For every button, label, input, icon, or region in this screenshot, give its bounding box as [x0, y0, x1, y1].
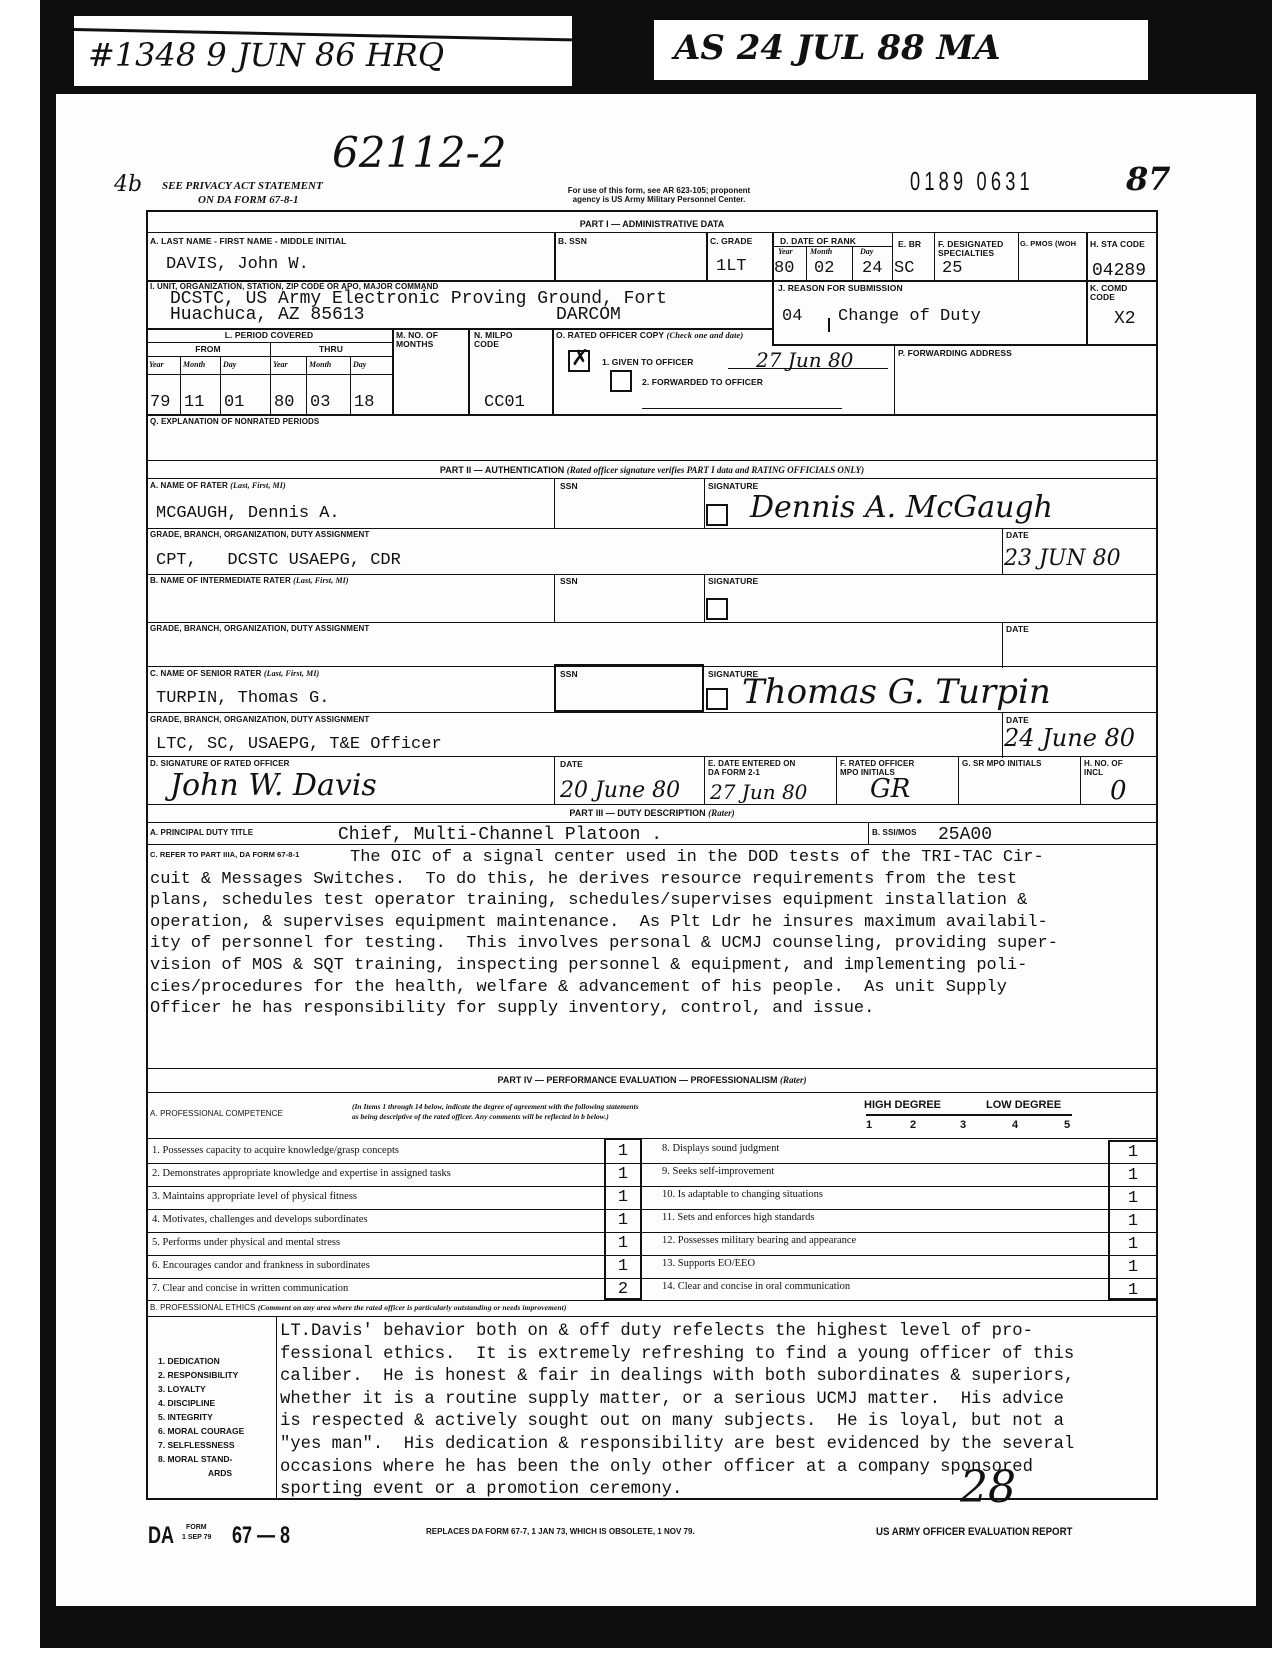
- high-degree-label: HIGH DEGREE: [864, 1099, 941, 1111]
- scale-arrow: [866, 1114, 1072, 1116]
- milpo-value[interactable]: CC01: [484, 394, 525, 411]
- intermediate-grade-label: GRADE, BRANCH, ORGANIZATION, DUTY ASSIGN…: [150, 625, 369, 633]
- competence-item-label: 11. Sets and enforces high standards: [662, 1212, 814, 1223]
- dor-day[interactable]: 24: [862, 260, 882, 277]
- name-value[interactable]: DAVIS, John W.: [166, 256, 309, 273]
- incl-value: 0: [1110, 776, 1127, 806]
- months-label: m. NO. OF MONTHS: [396, 331, 456, 350]
- ethics-list-item: 8. MORAL STAND-: [158, 1454, 232, 1464]
- reason-label: j. REASON FOR SUBMISSION: [778, 284, 903, 293]
- dor-month[interactable]: 02: [814, 260, 834, 277]
- low-degree-label: LOW DEGREE: [986, 1099, 1061, 1111]
- margin-note: 4b: [114, 172, 142, 197]
- duty-description-line: Officer he has responsibility for supply…: [150, 998, 874, 1020]
- rater-grade-label: GRADE, BRANCH, ORGANIZATION, DUTY ASSIGN…: [150, 531, 369, 539]
- unit-line2[interactable]: Huachuca, AZ 85613: [170, 306, 364, 324]
- milpo-label: n. MILPO CODE: [474, 331, 524, 350]
- duty-description-line: plans, schedules test operator training,…: [150, 890, 1027, 912]
- scale-number: 2: [910, 1119, 916, 1131]
- refer-label: c. REFER TO PART IIIa, DA FORM 67-8-1: [150, 851, 299, 859]
- date-of-rank-label: d. DATE OF RANK: [780, 237, 856, 246]
- rater-date-label: DATE: [1006, 531, 1029, 540]
- stamp-number: 0189 0631: [910, 166, 1034, 197]
- rater-grade[interactable]: CPT, DCSTC USAEPG, CDR: [156, 552, 401, 569]
- branch-label: e. BR: [898, 240, 921, 249]
- check-x-icon: ✗: [571, 346, 589, 371]
- rated-copy-label: o. RATED OFFICER COPY (Check one and dat…: [556, 331, 743, 340]
- competence-item-label: 13. Supports EO/EEO: [662, 1258, 755, 1269]
- dor-year-label: Year: [778, 247, 793, 256]
- ethics-list-item: 1. DEDICATION: [158, 1356, 220, 1366]
- period-thru-label: THRU: [270, 345, 392, 354]
- senior-ssn-label: SSN: [560, 670, 578, 679]
- rater-ssn-label: SSN: [560, 482, 578, 491]
- period-value[interactable]: 80: [274, 394, 294, 411]
- period-col-label: Year: [273, 360, 288, 369]
- intermediate-name-label: b. NAME OF INTERMEDIATE RATER (Last, Fir…: [150, 577, 349, 585]
- ssn-label: b. SSN: [558, 237, 587, 246]
- rated-officer-date-label: DATE: [560, 760, 583, 769]
- competence-item-label: 6. Encourages candor and frankness in su…: [152, 1260, 370, 1271]
- senior-date: 24 June 80: [1004, 724, 1135, 752]
- date-entered: 27 Jun 80: [710, 780, 807, 804]
- specialties-label: f. DESIGNATED SPECIALTIES: [938, 240, 1018, 259]
- ssi-label: b. SSI/MOS: [872, 829, 917, 837]
- given-to-officer-date: 27 Jun 80: [756, 348, 853, 372]
- unit-command[interactable]: DARCOM: [556, 306, 621, 324]
- pmos-label: g. PMOS (WOH: [1020, 240, 1076, 248]
- competence-label: a. PROFESSIONAL COMPETENCE: [150, 1110, 283, 1118]
- competence-item-label: 8. Displays sound judgment: [662, 1143, 779, 1154]
- ssi-value[interactable]: 25A00: [938, 826, 992, 844]
- senior-name[interactable]: TURPIN, Thomas G.: [156, 690, 329, 707]
- competence-item-label: 3. Maintains appropriate level of physic…: [152, 1191, 357, 1202]
- duty-description-line: The OIC of a signal center used in the D…: [350, 847, 1044, 869]
- footer-form-label: FORM: [186, 1524, 207, 1531]
- rated-officer-sig-label: d. SIGNATURE OF RATED OFFICER: [150, 760, 290, 768]
- forwarding-label: p. FORWARDING ADDRESS: [898, 349, 1012, 358]
- rater-date: 23 JUN 80: [1004, 546, 1121, 571]
- comd-code-value[interactable]: X2: [1114, 310, 1136, 328]
- handwritten-id: 62112-2: [332, 128, 507, 177]
- dor-month-label: Month: [810, 247, 832, 256]
- footer-form-number: 67 — 8: [232, 1522, 290, 1550]
- ethics-list-item: 2. RESPONSIBILITY: [158, 1370, 238, 1380]
- duty-description-line: cuit & Messages Switches. To do this, he…: [150, 869, 1017, 891]
- period-value[interactable]: 79: [150, 394, 170, 411]
- competence-item-label: 1. Possesses capacity to acquire knowled…: [152, 1145, 399, 1156]
- duty-description-line: operation, & supervises equipment mainte…: [150, 912, 1048, 934]
- rated-officer-signature: John W. Davis: [170, 768, 377, 803]
- competence-item-label: 12. Possesses military bearing and appea…: [662, 1235, 856, 1246]
- ethics-label: b. PROFESSIONAL ETHICS (Comment on any a…: [150, 1304, 566, 1312]
- given-to-officer-checkbox[interactable]: ✗: [568, 350, 590, 372]
- sticker-right-text: AS 24 JUL 88 MA: [674, 28, 1001, 68]
- competence-item-label: 14. Clear and concise in oral communicat…: [662, 1281, 850, 1292]
- instructions-line1: (In Items 1 through 14 below, indicate t…: [352, 1102, 639, 1111]
- ethics-comment-line: caliber. He is honest & fair in dealings…: [280, 1366, 1074, 1388]
- footer-report-title: US ARMY OFFICER EVALUATION REPORT: [876, 1526, 1072, 1538]
- ethics-comment-line: is respected & actively sought out on ma…: [280, 1411, 1064, 1433]
- rater-name-label: a. NAME OF RATER (Last, First, MI): [150, 482, 286, 490]
- competence-item-label: 9. Seeks self-improvement: [662, 1166, 774, 1177]
- duty-description-line: vision of MOS & SQT training, inspecting…: [150, 955, 1027, 977]
- ethics-comment-line: whether it is a routine supply matter, o…: [280, 1389, 1064, 1411]
- senior-signature-checkbox[interactable]: [706, 688, 728, 710]
- duty-title-label: a. PRINCIPAL DUTY TITLE: [150, 829, 253, 837]
- rater-signature: Dennis A. McGaugh: [750, 490, 1053, 525]
- period-col-label: Month: [309, 360, 331, 369]
- scale-number: 3: [960, 1119, 966, 1131]
- part1-title: PART I — ADMINISTRATIVE DATA: [146, 219, 1158, 229]
- use-line2: agency is US Army Military Personnel Cen…: [534, 195, 784, 204]
- scale-number: 5: [1064, 1119, 1070, 1131]
- period-col-label: Year: [149, 360, 164, 369]
- sticker-right: AS 24 JUL 88 MA: [654, 20, 1148, 80]
- sta-code-value[interactable]: 04289: [1092, 262, 1146, 280]
- competence-item-label: 2. Demonstrates appropriate knowledge an…: [152, 1168, 451, 1179]
- sticker-left-text: #1348 9 JUN 86 HRQ: [88, 36, 444, 74]
- ethics-list-item: ARDS: [208, 1468, 232, 1478]
- branch-value[interactable]: SC: [894, 260, 914, 277]
- grade-value[interactable]: 1LT: [716, 258, 747, 275]
- sta-code-label: h. STA CODE: [1090, 240, 1145, 249]
- ethics-comment-line: fessional ethics. It is extremely refres…: [280, 1344, 1074, 1366]
- grade-label: c. GRADE: [710, 237, 752, 246]
- footer-da: DA: [148, 1522, 174, 1550]
- sticker-left: #1348 9 JUN 86 HRQ: [74, 16, 572, 86]
- part3-title: PART III — DUTY DESCRIPTION (Rater): [146, 808, 1158, 818]
- rater-name[interactable]: MCGAUGH, Dennis A.: [156, 505, 340, 522]
- mpo-initials: GR: [870, 774, 910, 804]
- senior-name-label: c. NAME OF SENIOR RATER (Last, First, MI…: [150, 670, 319, 678]
- date-entered-label: e. DATE ENTERED ON DA FORM 2-1: [708, 760, 808, 778]
- use-line1: For use of this form, see AR 623-105; pr…: [534, 186, 784, 195]
- nonrated-label: q. EXPLANATION OF NONRATED PERIODS: [150, 418, 319, 426]
- ethics-comment-line: occasions where he has been the only oth…: [280, 1457, 1033, 1479]
- rated-officer-date: 20 June 80: [560, 778, 680, 803]
- ethics-list-item: 6. MORAL COURAGE: [158, 1426, 244, 1436]
- period-col-label: Day: [223, 360, 236, 369]
- period-col-label: Day: [353, 360, 366, 369]
- competence-item-label: 5. Performs under physical and mental st…: [152, 1237, 340, 1248]
- page-mark: 28: [960, 1462, 1016, 1513]
- scan-frame-bottom: [40, 1606, 1272, 1648]
- privacy-line2: ON DA FORM 67-8-1: [198, 194, 299, 206]
- forwarded-to-officer-label: 2. FORWARDED TO OFFICER: [642, 378, 763, 387]
- period-col-label: Month: [183, 360, 205, 369]
- period-value[interactable]: 03: [310, 394, 330, 411]
- intermediate-date-label: DATE: [1006, 625, 1029, 634]
- ethics-list-item: 3. LOYALTY: [158, 1384, 206, 1394]
- ethics-comment-line: "yes man". His dedication & responsibili…: [280, 1434, 1074, 1456]
- duty-title[interactable]: Chief, Multi-Channel Platoon .: [338, 826, 662, 844]
- senior-grade-label: GRADE, BRANCH, ORGANIZATION, DUTY ASSIGN…: [150, 716, 369, 724]
- duty-description-line: ity of personnel for testing. This invol…: [150, 933, 1058, 955]
- period-value[interactable]: 11: [184, 394, 204, 411]
- footer-form-date: 1 SEP 79: [182, 1534, 211, 1541]
- reason-value[interactable]: Change of Duty: [838, 308, 981, 325]
- senior-signature: Thomas G. Turpin: [742, 672, 1051, 712]
- forwarded-to-officer-checkbox[interactable]: [610, 370, 632, 392]
- period-from-label: FROM: [146, 345, 270, 354]
- ethics-comment-line: sporting event or a promotion ceremony.: [280, 1479, 682, 1501]
- comd-code-label: k. COMD CODE: [1090, 284, 1150, 303]
- rater-signature-checkbox[interactable]: [706, 504, 728, 526]
- part4-title: PART IV — PERFORMANCE EVALUATION — PROFE…: [146, 1075, 1158, 1085]
- given-to-officer-label: 1. GIVEN TO OFFICER: [602, 358, 693, 367]
- period-value[interactable]: 01: [224, 394, 244, 411]
- specialties-value[interactable]: 25: [942, 260, 962, 277]
- instructions-line2: as being descriptive of the rated office…: [352, 1112, 609, 1121]
- intermediate-ssn-label: SSN: [560, 577, 578, 586]
- duty-description-line: cies/procedures for the health, welfare …: [150, 977, 1007, 999]
- period-value[interactable]: 18: [354, 394, 374, 411]
- dor-day-label: Day: [860, 247, 873, 256]
- privacy-line1: SEE PRIVACY ACT STATEMENT: [162, 180, 323, 192]
- period-label: l. PERIOD COVERED: [146, 331, 392, 340]
- reason-code[interactable]: 04: [782, 308, 802, 325]
- ethics-list-item: 4. DISCIPLINE: [158, 1398, 215, 1408]
- ethics-list-item: 7. SELFLESSNESS: [158, 1440, 235, 1450]
- ethics-list-item: 5. INTEGRITY: [158, 1412, 213, 1422]
- handwritten-number: 87: [1126, 160, 1171, 198]
- senior-grade[interactable]: LTC, SC, USAEPG, T&E Officer: [156, 736, 442, 753]
- sr-mpo-label: g. SR MPO INITIALS: [962, 760, 1042, 768]
- scale-number: 1: [866, 1119, 872, 1131]
- competence-item-label: 7. Clear and concise in written communic…: [152, 1283, 348, 1294]
- scale-number: 4: [1012, 1119, 1018, 1131]
- footer-replaces: REPLACES DA FORM 67-7, 1 JAN 73, WHICH I…: [426, 1527, 695, 1536]
- competence-item-label: 4. Motivates, challenges and develops su…: [152, 1214, 368, 1225]
- part2-title: PART II — AUTHENTICATION (Rated officer …: [146, 465, 1158, 475]
- competence-item-label: 10. Is adaptable to changing situations: [662, 1189, 823, 1200]
- intermediate-signature-checkbox[interactable]: [706, 598, 728, 620]
- incl-label: h. NO. OF INCL: [1084, 760, 1144, 778]
- dor-year[interactable]: 80: [774, 260, 794, 277]
- name-label: a. LAST NAME - FIRST NAME - MIDDLE INITI…: [150, 237, 346, 246]
- intermediate-signature-label: SIGNATURE: [708, 577, 758, 586]
- ethics-comment-line: LT.Davis' behavior both on & off duty re…: [280, 1321, 1033, 1343]
